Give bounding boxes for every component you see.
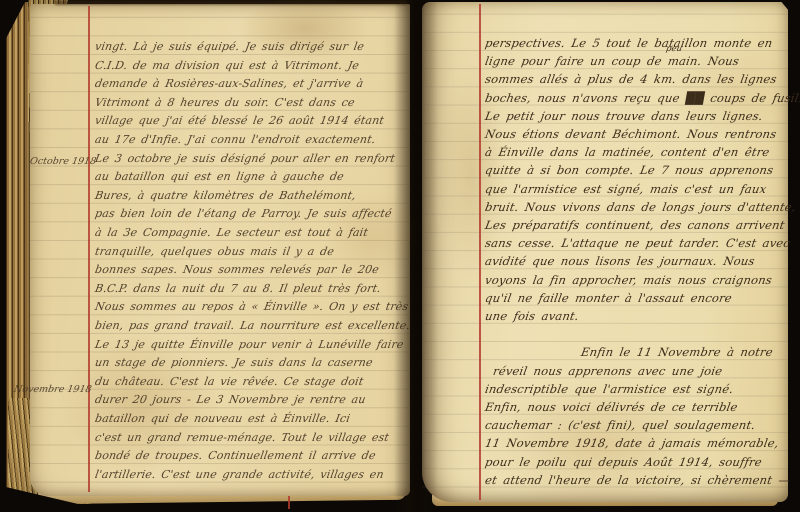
handwritten-line: pour le poilu qui depuis Août 1914, souf… xyxy=(484,455,763,469)
margin-rule-red xyxy=(479,4,481,500)
handwritten-line: tranquille, quelques obus mais il y a de xyxy=(94,245,335,258)
handwritten-line: perspectives. Le 5 tout le bataillon mon… xyxy=(484,36,774,50)
handwritten-line: à Éinville dans la matinée, content d'en… xyxy=(484,145,771,159)
margin-note-october: Octobre 1918 xyxy=(29,156,97,167)
handwritten-line: bruit. Nous vivons dans de longs jours d… xyxy=(484,200,797,214)
under-page-margin-line xyxy=(288,496,290,509)
handwritten-line: au bataillon qui est en ligne à gauche d… xyxy=(94,170,345,183)
left-page: Octobre 1918 Novembre 1918 vingt. Là je … xyxy=(30,4,410,496)
handwritten-line: et attend l'heure de la victoire, si chè… xyxy=(484,473,791,487)
margin-rule-red xyxy=(88,6,90,492)
handwritten-line: indescriptible que l'armistice est signé… xyxy=(484,382,735,396)
handwritten-line: l'artillerie. C'est une grande activité,… xyxy=(94,468,385,481)
handwritten-line: durer 20 jours - Le 3 Novembre je rentre… xyxy=(94,393,367,406)
handwritten-line: du château. C'est la vie rêvée. Ce stage… xyxy=(94,375,365,388)
handwritten-line: C.I.D. de ma division qui est à Vitrimon… xyxy=(94,59,360,72)
handwritten-line: Enfin, nous voici délivrés de ce terribl… xyxy=(484,400,739,414)
right-page: perspectives. Le 5 tout le bataillon mon… xyxy=(422,2,788,502)
handwritten-line: demande à Rosières-aux-Salines, et j'arr… xyxy=(94,77,364,90)
handwritten-line: Le petit jour nous trouve dans leurs lig… xyxy=(484,109,764,123)
margin-note-november: Novembre 1918 xyxy=(13,384,92,395)
handwritten-line: c'est un grand remue-ménage. Tout le vil… xyxy=(94,431,390,444)
page-top-shadow xyxy=(55,0,407,5)
handwritten-line: Vitrimont à 8 heures du soir. C'est dans… xyxy=(94,96,356,109)
handwritten-line: boches, nous n'avons reçu que ██ coups d… xyxy=(484,91,800,105)
handwritten-line: qu'il ne faille monter à l'assaut encore xyxy=(484,291,733,305)
handwritten-line: un stage de pionniers. Je suis dans la c… xyxy=(94,356,374,369)
inserted-correction-word: peu xyxy=(665,44,683,54)
handwritten-line: Les préparatifs continuent, des canons a… xyxy=(484,218,786,232)
handwritten-line: vingt. Là je suis équipé. Je suis dirigé… xyxy=(94,40,365,53)
handwritten-line: bonnes sapes. Nous sommes relevés par le… xyxy=(94,263,380,276)
handwritten-line: 11 Novembre 1918, date à jamais mémorabl… xyxy=(484,436,780,450)
handwritten-line: bondé de troupes. Continuellement il arr… xyxy=(94,449,377,462)
handwritten-line: quitte à si bon compte. Le 7 nous appren… xyxy=(484,163,775,177)
handwritten-line: cauchemar : (c'est fini), quel soulageme… xyxy=(484,418,756,432)
handwritten-line: Nous étions devant Béchimont. Nous rentr… xyxy=(484,127,778,141)
handwritten-line: Le 13 je quitte Éinville pour venir à Lu… xyxy=(94,338,405,351)
handwritten-line: Le 3 octobre je suis désigné pour aller … xyxy=(94,152,396,165)
notebook-photo: Octobre 1918 Novembre 1918 vingt. Là je … xyxy=(0,0,800,512)
handwritten-line: au 17e d'Infie. J'ai connu l'endroit exa… xyxy=(94,133,377,146)
handwritten-line: réveil nous apprenons avec une joie xyxy=(492,364,724,378)
handwritten-line: pas bien loin de l'étang de Parroy. Je s… xyxy=(94,207,393,220)
handwritten-line: sommes allés à plus de 4 km. dans les li… xyxy=(484,72,778,86)
handwritten-line: sans cesse. L'attaque ne peut tarder. C'… xyxy=(484,236,791,250)
handwritten-line: ligne pour faire un coup de main. Nous xyxy=(484,54,740,68)
handwritten-line: B.C.P. dans la nuit du 7 au 8. Il pleut … xyxy=(94,282,382,295)
handwritten-line: Nous sommes au repos à « Éinville ». On … xyxy=(94,300,409,313)
handwritten-line: à la 3e Compagnie. Le secteur est tout à… xyxy=(94,226,369,239)
handwritten-line: Enfin le 11 Novembre à notre xyxy=(580,345,774,359)
handwritten-line: avidité que nous lisons les journaux. No… xyxy=(484,254,756,268)
handwritten-line: une fois avant. xyxy=(484,309,580,323)
handwritten-line: bataillon qui de nouveau est à Éinville.… xyxy=(94,412,351,425)
handwritten-line: voyons la fin approcher, mais nous craig… xyxy=(484,273,773,287)
handwritten-line: village que j'ai été blessé le 26 août 1… xyxy=(94,114,385,127)
handwritten-line: bien, pas grand travail. La nourriture e… xyxy=(94,319,411,332)
handwritten-line: Bures, à quatre kilomètres de Bathelémon… xyxy=(94,189,357,202)
handwritten-line: que l'armistice est signé, mais c'est un… xyxy=(484,182,768,196)
